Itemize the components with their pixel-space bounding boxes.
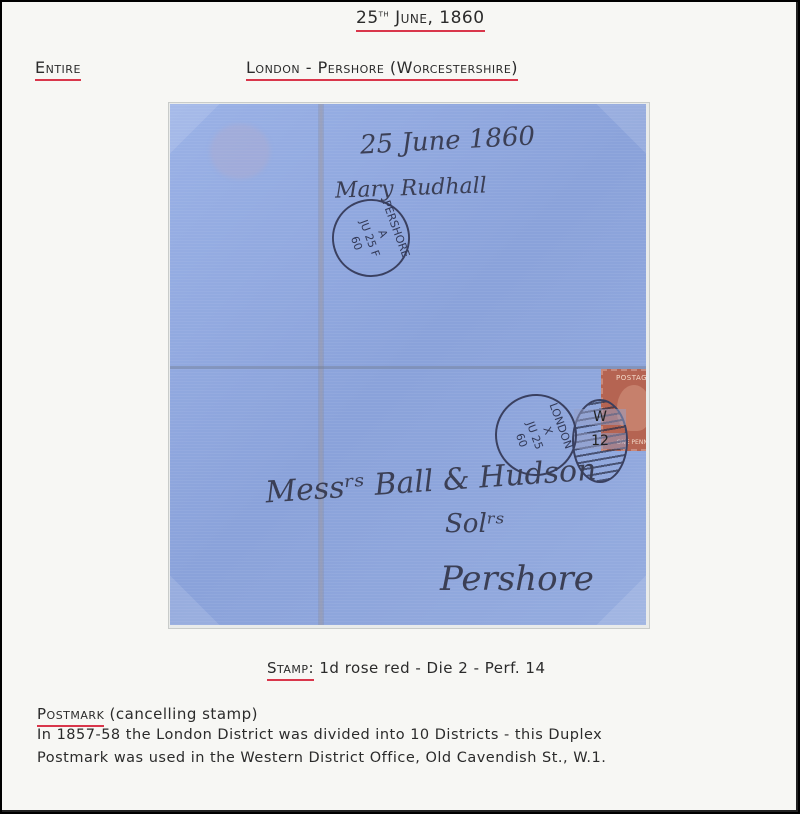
postmark-heading: Postmark (cancelling stamp) [37,705,258,723]
entire-label: Entire [35,58,81,77]
route-title-text: London - Pershore (Worcestershire) [246,58,518,81]
date-day: 25 [356,8,379,28]
address-line-2: Solʳˢ [445,509,505,539]
postmark-label-suffix: (cancelling stamp) [104,705,258,723]
route-title: London - Pershore (Worcestershire) [246,58,518,77]
address-line-3: Pershore [440,559,594,599]
date-suffix: th [379,8,390,19]
page-date-title: 25th June, 1860 [356,8,485,28]
stamp-caption-text: 1d rose red - Die 2 - Perf. 14 [314,659,545,677]
postmark-label: Postmark [37,705,104,727]
stamp-top-text: POSTAGE [603,374,646,382]
wax-seal-mark [210,124,270,179]
postmark-description-line-1: In 1857-58 the London District was divid… [37,727,602,743]
manuscript-reference: Mary Rudhall [335,173,488,203]
duplex-letter: W [574,409,626,425]
vertical-fold [318,104,324,625]
date-rest: June, 1860 [395,8,484,28]
album-page: 25th June, 1860 Entire London - Pershore… [2,2,798,812]
entire-label-text: Entire [35,58,81,81]
duplex-number: 12 [574,433,626,449]
horizontal-fold [170,366,646,369]
postal-cover: 25 June 1860 Mary Rudhall PERSHORE A JU … [170,104,646,625]
stamp-caption: Stamp: 1d rose red - Die 2 - Perf. 14 [267,659,545,677]
stamp-caption-label: Stamp: [267,659,314,681]
postmark-description-line-2: Postmark was used in the Western Distric… [37,750,606,766]
